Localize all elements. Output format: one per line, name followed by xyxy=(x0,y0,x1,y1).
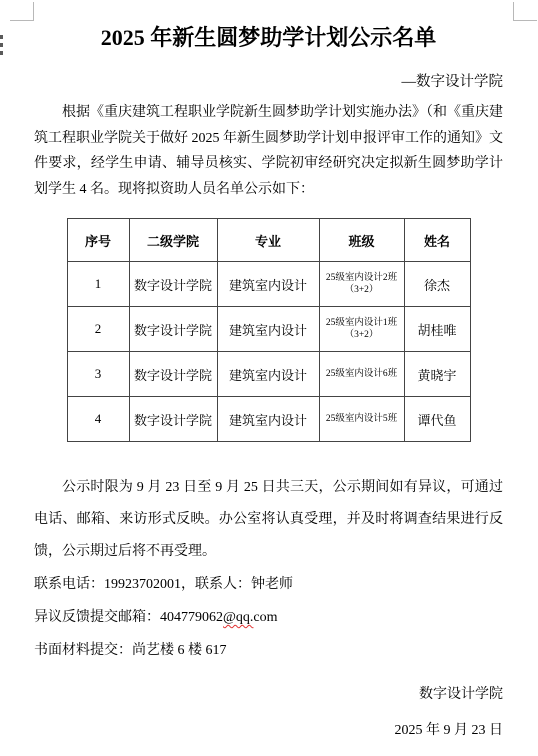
contact-phone-line: 联系电话：19923702001，联系人：钟老师 xyxy=(34,568,503,601)
page-title: 2025 年新生圆梦助学计划公示名单 xyxy=(34,22,503,54)
table-cell: 数字设计学院 xyxy=(129,397,217,442)
table-cell: 25级室内设计6班 xyxy=(319,352,404,397)
table-cell: 3 xyxy=(67,352,129,397)
email-pre: 404779062 xyxy=(160,610,223,625)
table-cell: 1 xyxy=(67,262,129,307)
table-cell: 数字设计学院 xyxy=(129,262,217,307)
date: 2025 年 9 月 23 日 xyxy=(34,719,503,743)
table-cell: 建筑室内设计 xyxy=(217,352,319,397)
spellcheck-flagged-text: @qq. xyxy=(223,610,253,625)
left-edge-marker xyxy=(0,51,3,55)
table-header-cell: 专业 xyxy=(217,219,319,262)
material-submission-line: 书面材料提交：尚艺楼 6 楼 617 xyxy=(34,634,503,667)
table-header-cell: 序号 xyxy=(67,219,129,262)
table-cell: 4 xyxy=(67,397,129,442)
table-cell: 数字设计学院 xyxy=(129,352,217,397)
table-cell: 谭代鱼 xyxy=(404,397,470,442)
table-cell: 2 xyxy=(67,307,129,352)
table-cell: 25级室内设计2班（3+2） xyxy=(319,262,404,307)
table-cell: 徐杰 xyxy=(404,262,470,307)
table-cell: 建筑室内设计 xyxy=(217,262,319,307)
table-cell: 数字设计学院 xyxy=(129,307,217,352)
text-boundary-mark-top-right xyxy=(513,2,537,21)
table-header-cell: 班级 xyxy=(319,219,404,262)
table-row: 4数字设计学院建筑室内设计25级室内设计5班谭代鱼 xyxy=(67,397,470,442)
email-post: com xyxy=(253,610,277,625)
intro-paragraph: 根据《重庆建筑工程职业学院新生圆梦助学计划实施办法》（和《重庆建筑工程职业学院关… xyxy=(34,100,503,202)
table-cell: 建筑室内设计 xyxy=(217,307,319,352)
roster-table: 序号二级学院专业班级姓名 1数字设计学院建筑室内设计25级室内设计2班（3+2）… xyxy=(67,218,471,442)
table-cell: 25级室内设计5班 xyxy=(319,397,404,442)
notice-paragraph: 公示时限为 9 月 23 日至 9 月 25 日共三天，公示期间如有异议，可通过… xyxy=(34,472,503,568)
table-cell: 胡桂唯 xyxy=(404,307,470,352)
text-boundary-mark-top-left xyxy=(10,2,34,21)
email-label: 异议反馈提交邮箱： xyxy=(34,610,160,625)
table-row: 2数字设计学院建筑室内设计25级室内设计1班（3+2）胡桂唯 xyxy=(67,307,470,352)
table-header-row: 序号二级学院专业班级姓名 xyxy=(67,219,470,262)
table-body: 1数字设计学院建筑室内设计25级室内设计2班（3+2）徐杰2数字设计学院建筑室内… xyxy=(67,262,470,442)
document-page: 2025 年新生圆梦助学计划公示名单 —数字设计学院 根据《重庆建筑工程职业学院… xyxy=(0,0,538,756)
table-row: 1数字设计学院建筑室内设计25级室内设计2班（3+2）徐杰 xyxy=(67,262,470,307)
email-address: 404779062@qq.com xyxy=(160,610,278,625)
table-header-cell: 姓名 xyxy=(404,219,470,262)
table-header-cell: 二级学院 xyxy=(129,219,217,262)
contact-email-line: 异议反馈提交邮箱：404779062@qq.com xyxy=(34,601,503,634)
table-cell: 25级室内设计1班（3+2） xyxy=(319,307,404,352)
table-cell: 黄晓宇 xyxy=(404,352,470,397)
signature: 数字设计学院 xyxy=(34,683,503,707)
table-cell: 建筑室内设计 xyxy=(217,397,319,442)
left-edge-marker xyxy=(0,35,3,39)
table-row: 3数字设计学院建筑室内设计25级室内设计6班黄晓宇 xyxy=(67,352,470,397)
left-edge-marker xyxy=(0,43,3,47)
byline: —数字设计学院 xyxy=(34,72,503,92)
